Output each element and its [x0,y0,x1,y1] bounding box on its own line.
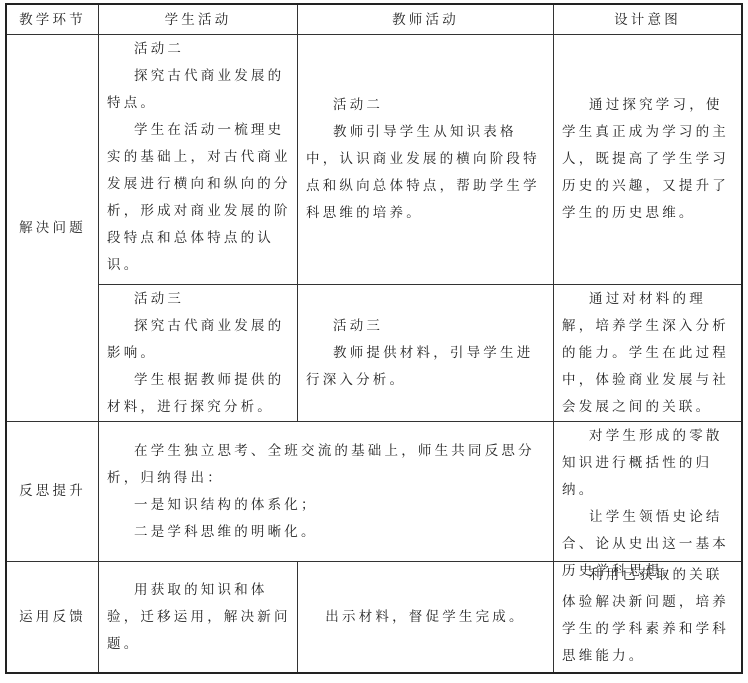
header-student-activity: 学生活动 [99,5,297,35]
activity-title: 活动三 [306,313,547,340]
design-intent-application: 利用已获取的关联体验解决新问题，培养学生的学科素养和学科思维能力。 [554,562,741,672]
header-stage: 教学环节 [7,5,98,35]
reflection-activity-merged: 在学生独立思考、全班交流的基础上，师生共同反思分析，归纳得出： 一是知识结构的体… [99,422,553,561]
stage-cell-problem-solving: 解决问题 [7,35,98,421]
student-activity-2: 活动二 探究古代商业发展的特点。 学生在活动一梳理史实的基础上，对古代商业发展进… [99,36,297,284]
reflection-point-2: 二是学科思维的明晰化。 [107,519,547,546]
activity-description: 教师提供材料，引导学生进行深入分析。 [306,340,547,394]
intent-text: 对学生形成的零散知识进行概括性的归纳。 [562,423,737,504]
activity-description: 用获取的知识和体验，迁移运用，解决新问题。 [107,577,293,658]
activity-topic: 探究古代商业发展的影响。 [107,313,293,367]
design-intent-2: 通过探究学习，使学生真正成为学习的主人，既提高了学生学习历史的兴趣，又提升了学生… [554,35,741,284]
activity-title: 活动三 [107,286,293,313]
header-design-intent: 设计意图 [554,5,741,35]
activity-description: 学生根据教师提供的材料，进行探究分析。 [107,367,293,421]
intent-text: 利用已获取的关联体验解决新问题，培养学生的学科素养和学科思维能力。 [562,562,737,670]
intent-text: 通过对材料的理解，培养学生深入分析的能力。学生在此过程中，体验商业发展与社会发展… [562,286,737,421]
stage-cell-reflection: 反思提升 [7,422,98,561]
lesson-plan-table: 教学环节 学生活动 教师活动 设计意图 解决问题 活动二 探究古代商业发展的特点… [5,3,743,674]
design-intent-reflection: 对学生形成的零散知识进行概括性的归纳。 让学生领悟史论结合、论从史出这一基本历史… [554,423,741,561]
student-activity-3: 活动三 探究古代商业发展的影响。 学生根据教师提供的材料，进行探究分析。 [99,286,297,421]
activity-title: 活动二 [306,92,547,119]
stage-cell-application: 运用反馈 [7,562,98,672]
stage-label: 反思提升 [19,478,86,505]
activity-topic: 探究古代商业发展的特点。 [107,63,293,117]
activity-description: 出示材料，督促学生完成。 [325,604,525,631]
design-intent-3: 通过对材料的理解，培养学生深入分析的能力。学生在此过程中，体验商业发展与社会发展… [554,286,741,421]
reflection-summary: 在学生独立思考、全班交流的基础上，师生共同反思分析，归纳得出： [107,438,547,492]
student-activity-application: 用获取的知识和体验，迁移运用，解决新问题。 [99,562,297,672]
activity-title: 活动二 [107,36,293,63]
reflection-point-1: 一是知识结构的体系化； [107,492,547,519]
teacher-activity-3: 活动三 教师提供材料，引导学生进行深入分析。 [298,285,553,421]
teacher-activity-2: 活动二 教师引导学生从知识表格中，认识商业发展的横向阶段特点和纵向总体特点，帮助… [298,35,553,284]
teacher-activity-application: 出示材料，督促学生完成。 [298,562,553,672]
activity-description: 教师引导学生从知识表格中，认识商业发展的横向阶段特点和纵向总体特点，帮助学生学科… [306,119,547,227]
stage-label: 运用反馈 [19,604,86,631]
header-teacher-activity: 教师活动 [298,5,553,35]
stage-label: 解决问题 [19,215,86,242]
intent-text: 通过探究学习，使学生真正成为学习的主人，既提高了学生学习历史的兴趣，又提升了学生… [562,92,737,227]
activity-description: 学生在活动一梳理史实的基础上，对古代商业发展进行横向和纵向的分析，形成对商业发展… [107,117,293,279]
